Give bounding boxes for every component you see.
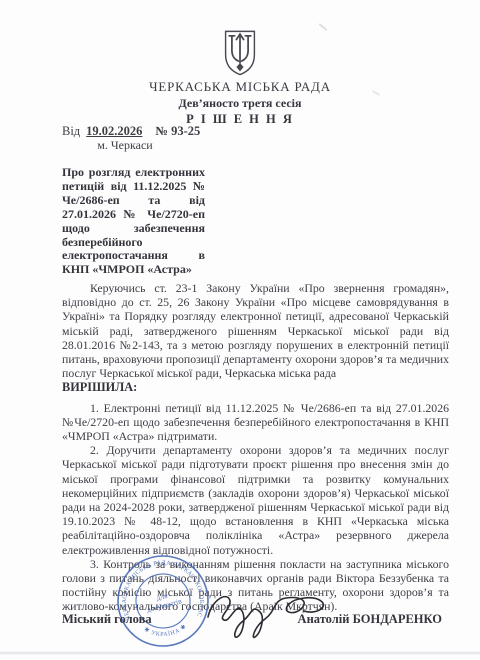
signer-name: Анатолій БОНДАРЕНКО bbox=[298, 612, 442, 627]
preamble-paragraph: Керуючись ст. 23-1 Закону України «Про з… bbox=[62, 281, 449, 380]
document-page: ЧЕРКАСЬКА МІСЬКА РАДА Дев’яносто третя с… bbox=[0, 0, 480, 660]
session-title: Дев’яносто третя сесія bbox=[0, 96, 480, 111]
signer-position: Міський голова bbox=[62, 612, 152, 627]
date-label: Від bbox=[62, 124, 80, 138]
date-value: 19.02.2026 bbox=[86, 124, 142, 138]
document-number: № 93-25 bbox=[155, 124, 200, 138]
city-label: м. Черкаси bbox=[62, 138, 188, 153]
resolution-item-1: 1. Електронні петиції від 11.12.2025 № Ч… bbox=[62, 401, 449, 444]
scan-page-edge bbox=[0, 652, 480, 654]
date-line: Від19.02.2026№ 93-25 bbox=[62, 124, 200, 139]
subject-block: Про розгляд електронних петицій від 11.1… bbox=[62, 166, 205, 277]
document-header: ЧЕРКАСЬКА МІСЬКА РАДА Дев’яносто третя с… bbox=[0, 0, 480, 127]
ukraine-trident-emblem-icon bbox=[222, 29, 258, 77]
resolution-word: ВИРІШИЛА: bbox=[62, 380, 449, 394]
organization-name: ЧЕРКАСЬКА МІСЬКА РАДА bbox=[0, 79, 480, 95]
resolution-item-2: 2. Доручити департаменту охорони здоров’… bbox=[62, 443, 449, 557]
